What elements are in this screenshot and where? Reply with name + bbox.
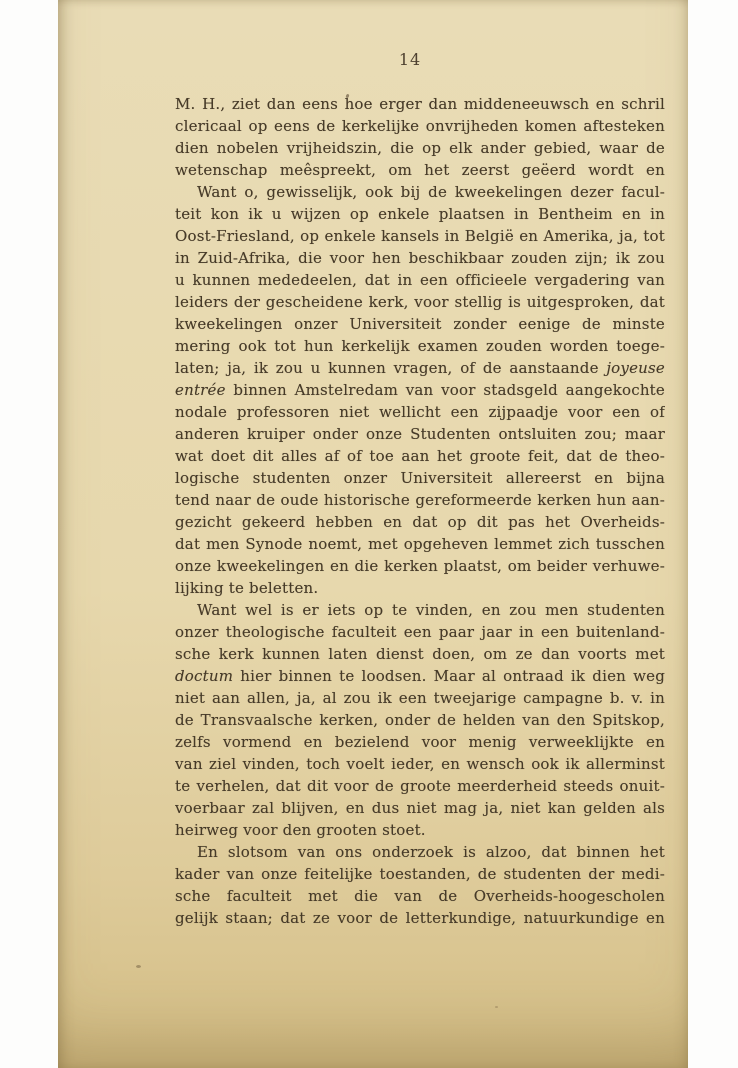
text-segment: de Transvaalsche kerken, onder de helden… [175, 711, 665, 729]
text-segment: wat doet dit alles af of toe aan het gro… [175, 447, 665, 465]
paragraph: Want o, gewisselijk, ook bij de kweekeli… [175, 181, 665, 599]
text-line: doctum hier binnen te loodsen. Maar al o… [175, 665, 665, 687]
text-segment: van ziel vinden, toch voelt ieder, en we… [175, 755, 665, 773]
text-line: de Transvaalsche kerken, onder de helden… [175, 709, 665, 731]
page-number: 14 [175, 50, 645, 69]
text-line: onze kweekelingen en die kerken plaatst,… [175, 555, 665, 577]
text-line: zelfs vormend en bezielend voor menig ve… [175, 731, 665, 753]
text-line: Want wel is er iets op te vinden, en zou… [175, 599, 665, 621]
text-segment: binnen Amstelredam van voor stadsgeld aa… [175, 381, 665, 401]
text-segment: leiders der gescheidene kerk, voor stell… [175, 293, 665, 311]
text-line: voerbaar zal blijven, en dus niet mag ja… [175, 797, 665, 819]
text-line: wat doet dit alles af of toe aan het gro… [175, 445, 665, 467]
text-segment: kweekelingen onzer Universiteit zonder e… [175, 315, 665, 335]
text-segment: Want wel is er iets op te vinden, en zou… [197, 601, 665, 619]
text-line: gelijk staan; dat ze voor de letterkundi… [175, 907, 665, 929]
text-segment: gezicht gekeerd hebben en dat op dit pas… [175, 513, 665, 533]
text-segment: lijking te beletten. [175, 579, 318, 597]
text-segment: sche kerk kunnen laten dienst doen, om z… [175, 645, 665, 663]
text-line: leiders der gescheidene kerk, voor stell… [175, 291, 665, 313]
text-line: wetenschap meêspreekt, om het zeerst geë… [175, 159, 665, 181]
text-line: M. H., ziet dan eens hoe erger dan midde… [175, 93, 665, 115]
text-line: clericaal op eens de kerkelijke onvrijhe… [175, 115, 665, 137]
text-segment: Oost-Friesland, op enkele kansels in Bel… [175, 227, 665, 245]
text-segment: nodale professoren niet wellicht een zij… [175, 403, 665, 421]
book-page-sheet: 14 M. H., ziet dan eens hoe erger dan mi… [58, 0, 688, 1068]
text-line: En slotsom van ons onderzoek is alzoo, d… [175, 841, 665, 863]
text-segment: onze kweekelingen en die kerken plaatst,… [175, 557, 665, 575]
text-line: dien nobelen vrijheidszin, die op elk an… [175, 137, 665, 159]
text-line: nodale professoren niet wellicht een zij… [175, 401, 665, 423]
text-segment: hier binnen te loodsen. Maar al ontraad … [233, 667, 665, 685]
text-segment: M. H., ziet dan eens hoe erger dan midde… [175, 95, 665, 113]
text-segment: te verhelen, dat dit voor de groote meer… [175, 777, 665, 795]
text-line: mering ook tot hun kerkelijk examen zoud… [175, 335, 665, 357]
text-line: in Zuid-Afrika, die voor hen beschikbaar… [175, 247, 665, 269]
italic-text: doctum [175, 667, 233, 685]
text-segment: onzer theologische faculteit een paar ja… [175, 623, 665, 641]
text-segment: voerbaar zal blijven, en dus niet mag ja… [175, 799, 665, 817]
text-line: van ziel vinden, toch voelt ieder, en we… [175, 753, 665, 775]
text-segment: gelijk staan; dat ze voor de letterkundi… [175, 909, 665, 927]
text-segment: clericaal op eens de kerkelijke onvrijhe… [175, 117, 665, 137]
text-segment: in Zuid-Afrika, die voor hen beschikbaar… [175, 249, 665, 267]
text-segment: sche faculteit met die van de Overheids-… [175, 887, 665, 907]
text-line: logische studenten onzer Universiteit al… [175, 467, 665, 489]
text-segment: Want o, gewisselijk, ook bij de kweekeli… [197, 183, 665, 201]
text-line: te verhelen, dat dit voor de groote meer… [175, 775, 665, 797]
text-segment: kader van onze feitelijke toestanden, de… [175, 865, 665, 883]
text-segment: zelfs vormend en bezielend voor menig ve… [175, 733, 665, 753]
text-segment: tend naar de oude historische gereformee… [175, 491, 665, 509]
text-segment: logische studenten onzer Universiteit al… [175, 469, 665, 489]
text-line: laten; ja, ik zou u kunnen vragen, of de… [175, 357, 665, 379]
text-line: entrée binnen Amstelredam van voor stads… [175, 379, 665, 401]
text-line: kweekelingen onzer Universiteit zonder e… [175, 313, 665, 335]
text-line: Want o, gewisselijk, ook bij de kweekeli… [175, 181, 665, 203]
italic-text: entrée [175, 381, 226, 399]
text-line: lijking te beletten. [175, 577, 665, 599]
text-line: tend naar de oude historische gereformee… [175, 489, 665, 511]
text-segment: mering ook tot hun kerkelijk examen zoud… [175, 337, 665, 355]
text-line: gezicht gekeerd hebben en dat op dit pas… [175, 511, 665, 533]
text-line: teit kon ik u wijzen op enkele plaatsen … [175, 203, 665, 225]
paragraph: Want wel is er iets op te vinden, en zou… [175, 599, 665, 841]
text-line: dat men Synode noemt, met opgeheven lemm… [175, 533, 665, 555]
text-line: niet aan allen, ja, al zou ik een tweeja… [175, 687, 665, 709]
text-segment: heirweg voor den grooten stoet. [175, 821, 426, 839]
scanned-page-view: 14 M. H., ziet dan eens hoe erger dan mi… [0, 0, 738, 1068]
text-line: Oost-Friesland, op enkele kansels in Bel… [175, 225, 665, 247]
text-line: sche kerk kunnen laten dienst doen, om z… [175, 643, 665, 665]
text-segment: u kunnen mededeelen, dat in een officiee… [175, 271, 665, 289]
text-segment: wetenschap meêspreekt, om het zeerst geë… [175, 161, 665, 181]
text-segment: laten; ja, ik zou u kunnen vragen, of de… [175, 359, 606, 377]
scan-speck [495, 1006, 498, 1008]
text-segment: dat men Synode noemt, met opgeheven lemm… [175, 535, 665, 553]
text-segment: niet aan allen, ja, al zou ik een tweeja… [175, 689, 665, 707]
text-line: heirweg voor den grooten stoet. [175, 819, 665, 841]
text-line: onzer theologische faculteit een paar ja… [175, 621, 665, 643]
paragraph: M. H., ziet dan eens hoe erger dan midde… [175, 93, 665, 181]
text-line: u kunnen mededeelen, dat in een officiee… [175, 269, 665, 291]
text-segment: En slotsom van ons onderzoek is alzoo, d… [197, 843, 665, 861]
text-segment: teit kon ik u wijzen op enkele plaatsen … [175, 205, 665, 223]
italic-text: joyeuse [606, 359, 665, 377]
text-line: anderen kruiper onder onze Studenten ont… [175, 423, 665, 445]
text-segment: anderen kruiper onder onze Studenten ont… [175, 425, 665, 443]
text-line: sche faculteit met die van de Overheids-… [175, 885, 665, 907]
paragraph: En slotsom van ons onderzoek is alzoo, d… [175, 841, 665, 929]
text-line: kader van onze feitelijke toestanden, de… [175, 863, 665, 885]
scan-speck [136, 965, 141, 968]
text-segment: dien nobelen vrijheidszin, die op elk an… [175, 139, 665, 157]
text-block: M. H., ziet dan eens hoe erger dan midde… [175, 93, 665, 929]
